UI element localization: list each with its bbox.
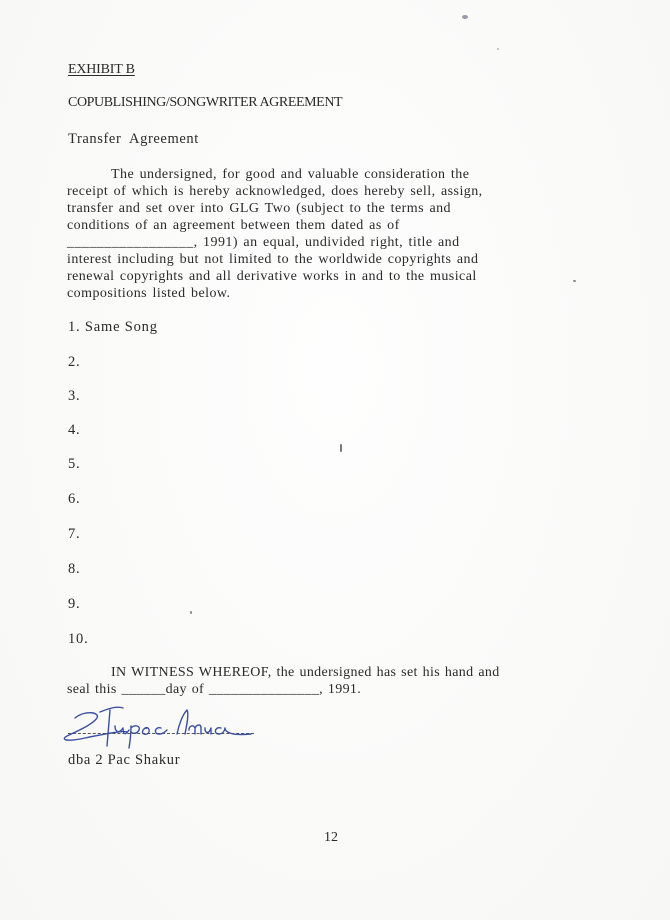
- list-item: 10.: [68, 631, 89, 648]
- item-number: 10.: [68, 631, 89, 647]
- item-number: 6.: [68, 491, 80, 507]
- item-number: 3.: [68, 388, 80, 404]
- item-number: 1.: [68, 319, 80, 335]
- list-item: 6.: [68, 491, 80, 508]
- list-item: 8.: [68, 561, 80, 578]
- document-page: EXHIBIT B COPUBLISHING/SONGWRITER AGREEM…: [0, 0, 670, 920]
- section-title: Transfer Agreement: [68, 131, 199, 148]
- scan-mark: [462, 15, 468, 19]
- paragraph-line: _________________, 1991) an equal, undiv…: [67, 234, 549, 251]
- handwritten-signature: [55, 700, 255, 750]
- paragraph-line: transfer and set over into GLG Two (subj…: [67, 200, 549, 217]
- list-item: 1. Same Song: [68, 319, 158, 336]
- list-item: 5.: [68, 456, 80, 473]
- witness-line: IN WITNESS WHEREOF, the undersigned has …: [67, 664, 549, 681]
- witness-clause: IN WITNESS WHEREOF, the undersigned has …: [67, 664, 549, 698]
- scan-mark: [497, 48, 499, 50]
- agreement-title: COPUBLISHING/SONGWRITER AGREEMENT: [68, 95, 342, 111]
- paragraph-line: receipt of which is hereby acknowledged,…: [67, 183, 549, 200]
- paragraph-line: renewal copyrights and all derivative wo…: [67, 268, 549, 285]
- item-number: 7.: [68, 526, 80, 542]
- item-number: 4.: [68, 422, 80, 438]
- paragraph-line: compositions listed below.: [67, 285, 549, 302]
- scan-mark: [573, 280, 576, 282]
- list-item: 2.: [68, 354, 80, 371]
- paragraph-line: conditions of an agreement between them …: [67, 217, 549, 234]
- item-number: 8.: [68, 561, 80, 577]
- witness-line: seal this ______day of _______________, …: [67, 681, 549, 698]
- item-number: 5.: [68, 456, 80, 472]
- transfer-paragraph: The undersigned, for good and valuable c…: [67, 166, 549, 302]
- signatory-name: dba 2 Pac Shakur: [68, 752, 180, 769]
- item-number: 2.: [68, 354, 80, 370]
- page-number: 12: [324, 830, 338, 846]
- list-item: 3.: [68, 388, 80, 405]
- item-title: Same Song: [85, 319, 158, 335]
- scan-mark: [190, 611, 192, 614]
- exhibit-label: EXHIBIT B: [68, 62, 135, 78]
- scan-mark: [340, 444, 342, 452]
- list-item: 4.: [68, 422, 80, 439]
- item-number: 9.: [68, 596, 80, 612]
- paragraph-line: interest including but not limited to th…: [67, 251, 549, 268]
- list-item: 9.: [68, 596, 80, 613]
- list-item: 7.: [68, 526, 80, 543]
- paragraph-line: The undersigned, for good and valuable c…: [67, 166, 549, 183]
